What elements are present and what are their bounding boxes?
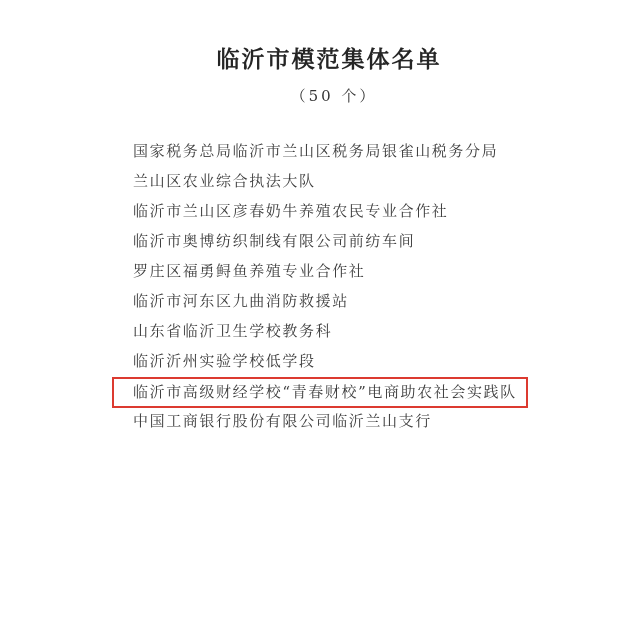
list-item-text: 罗庄区福勇鲟鱼养殖专业合作社 xyxy=(133,262,365,280)
list-item: 中国工商银行股份有限公司临沂兰山支行 xyxy=(133,406,640,436)
list-item-text: 临沂市奥博纺织制线有限公司前纺车间 xyxy=(133,232,415,250)
list-item: 临沂市河东区九曲消防救援站 xyxy=(133,286,640,316)
list-item-highlighted: 临沂市高级财经学校“青春财校”电商助农社会实践队 xyxy=(133,376,640,406)
list-item: 兰山区农业综合执法大队 xyxy=(133,166,640,196)
list-item: 山东省临沂卫生学校教务科 xyxy=(133,316,640,346)
list-item-text: 临沂市高级财经学校“青春财校”电商助农社会实践队 xyxy=(133,383,517,401)
list-item: 临沂市奥博纺织制线有限公司前纺车间 xyxy=(133,226,640,256)
list-item-text: 临沂沂州实验学校低学段 xyxy=(133,352,316,370)
list-item-text: 兰山区农业综合执法大队 xyxy=(133,172,316,190)
list-item-text: 临沂市河东区九曲消防救援站 xyxy=(133,292,349,310)
list-item-text: 中国工商银行股份有限公司临沂兰山支行 xyxy=(133,412,432,430)
list-item-text: 临沂市兰山区彦春奶牛养殖农民专业合作社 xyxy=(133,202,448,220)
document-page: 临沂市模范集体名单 （50 个） 国家税务总局临沂市兰山区税务局银雀山税务分局 … xyxy=(0,0,640,640)
list-item: 罗庄区福勇鲟鱼养殖专业合作社 xyxy=(133,256,640,286)
list-item-text: 山东省临沂卫生学校教务科 xyxy=(133,322,332,340)
list-item: 国家税务总局临沂市兰山区税务局银雀山税务分局 xyxy=(133,136,640,166)
list-item: 临沂市兰山区彦春奶牛养殖农民专业合作社 xyxy=(133,196,640,226)
highlight-box: 临沂市高级财经学校“青春财校”电商助农社会实践队 xyxy=(112,377,528,408)
page-title: 临沂市模范集体名单 xyxy=(0,0,640,76)
list-item-text: 国家税务总局临沂市兰山区税务局银雀山税务分局 xyxy=(133,142,498,160)
page-subtitle: （50 个） xyxy=(0,86,640,106)
list-item: 临沂沂州实验学校低学段 xyxy=(133,346,640,376)
org-list: 国家税务总局临沂市兰山区税务局银雀山税务分局 兰山区农业综合执法大队 临沂市兰山… xyxy=(0,136,640,436)
